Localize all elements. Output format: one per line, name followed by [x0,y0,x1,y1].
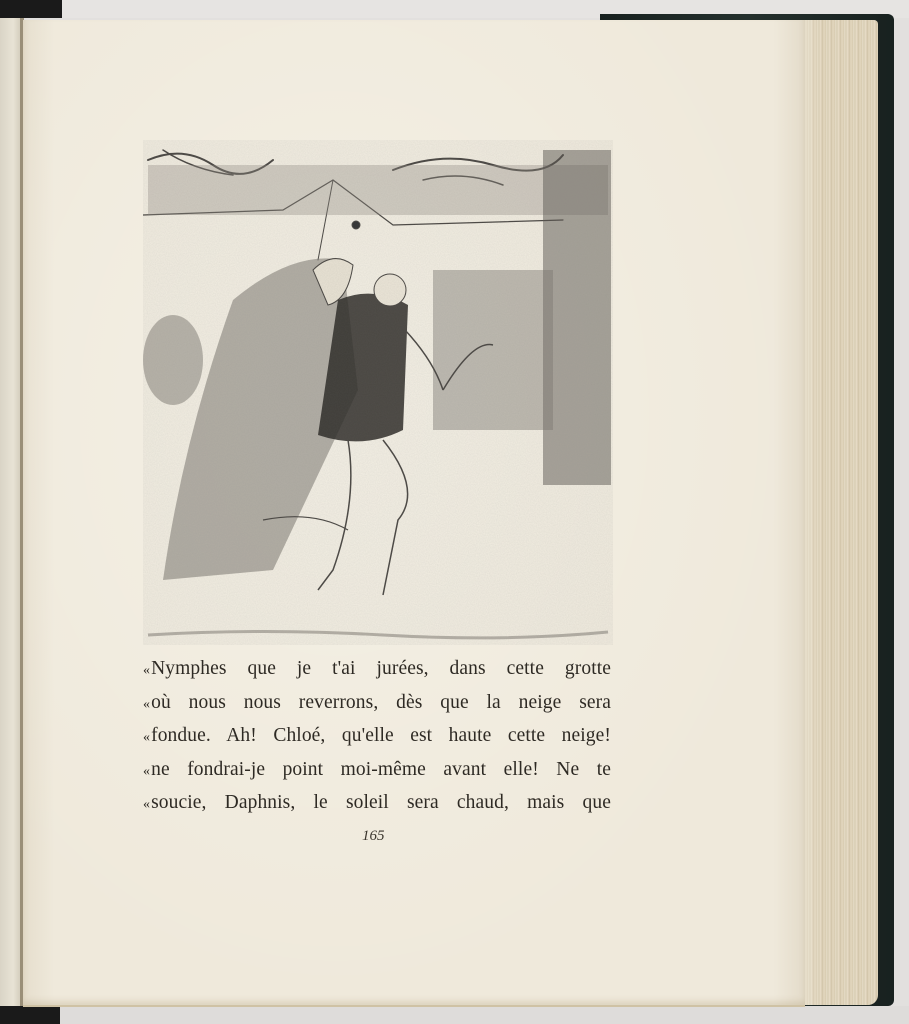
guillemet: « [143,730,150,745]
body-text: «Nymphes que je t'ai jurées, dans cette … [143,652,611,820]
page-number: 165 [362,828,385,845]
text-line: «où nous nous reverrons, dès que la neig… [143,686,611,720]
guillemet: « [143,697,150,712]
background-dark-corner-bottom [0,1005,60,1024]
facing-page-sliver [0,18,22,1006]
text-line: «Nymphes que je t'ai jurées, dans cette … [143,652,611,686]
background-bottom [60,1006,909,1024]
text-line: «ne fondrai-je point moi-même avant elle… [143,753,611,787]
guillemet: « [143,663,150,678]
guillemet: « [143,797,150,812]
text-line: «soucie, Daphnis, le soleil sera chaud, … [143,786,611,820]
guillemet: « [143,764,150,779]
text-line: «fondue. Ah! Chloé, qu'elle est haute ce… [143,719,611,753]
lithograph-illustration [143,140,613,645]
background-dark-corner [0,0,62,18]
illustration-image-icon [143,140,613,645]
